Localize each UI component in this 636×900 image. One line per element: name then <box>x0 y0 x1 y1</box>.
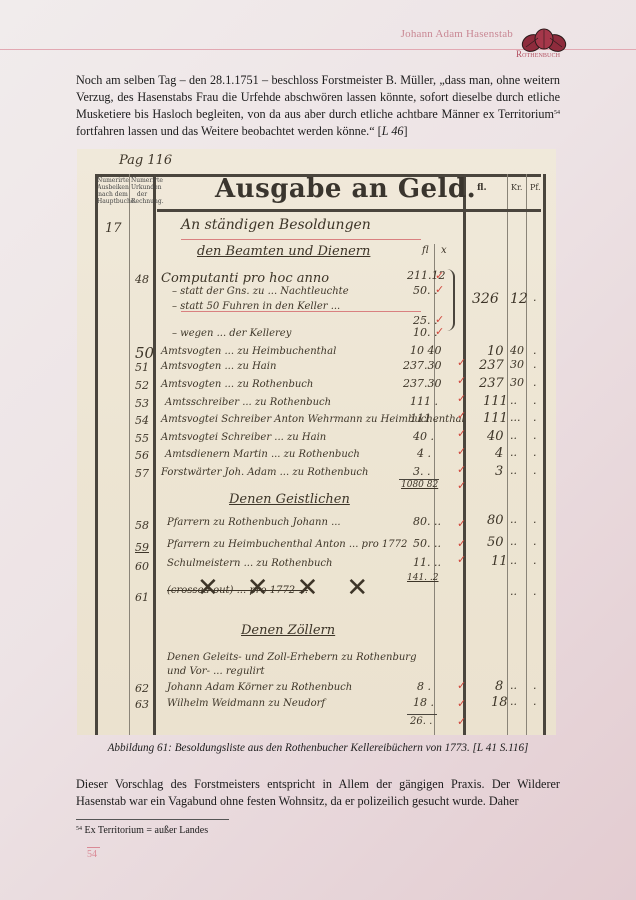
row-text: Amtsschreiber ... zu Rothenbuch <box>165 397 331 408</box>
row-total-pf: . <box>533 535 537 548</box>
page-number-rule <box>87 847 100 848</box>
row-amount: 3. . <box>413 465 431 478</box>
check-mark-icon: ✓ <box>457 715 466 728</box>
paragraph-text: Noch am selben Tag – den 28.1.1751 – bes… <box>76 73 560 121</box>
row-amount: 8 . <box>417 680 431 693</box>
row-total-pf: . <box>533 429 537 442</box>
citation: L 46 <box>382 124 404 138</box>
row-amount: 141. .2 <box>407 573 439 583</box>
check-mark-icon: ✓ <box>457 679 466 692</box>
manuscript-page-label: Pag 116 <box>119 153 172 168</box>
row-total-pf: . <box>533 376 537 389</box>
footnote-number: 54 <box>76 826 82 832</box>
row-total-pf: . <box>533 554 537 567</box>
running-header-title: Johann Adam Hasenstab <box>401 28 513 40</box>
subtotal: 1080 82 <box>401 480 438 490</box>
check-mark-icon: ✓ <box>457 479 466 492</box>
column-pf: Pf. <box>530 183 541 192</box>
row-number: 52 <box>135 379 149 392</box>
ledger-right-rule <box>543 174 546 735</box>
row-total-fl: 111 <box>483 411 508 426</box>
row-amount: 237.30 <box>403 377 442 390</box>
row-text: Johann Adam Körner zu Rothenbuch <box>167 682 352 693</box>
check-mark-icon: ✓ <box>457 697 466 710</box>
row-text: – statt der Gns. zu ... Nachtleuchte <box>172 286 349 297</box>
section-heading: Denen Zöllern <box>241 623 335 638</box>
row-text: Wilhelm Weidmann zu Neudorf <box>167 698 325 709</box>
subcol-fl: fl <box>422 245 429 256</box>
row-total-pf: . <box>533 394 537 407</box>
row-total-pf: . <box>533 291 537 304</box>
row-total-fl: 8 <box>495 679 503 694</box>
row-text: Amtsvogten ... zu Rothenbuch <box>161 379 313 390</box>
row-text: – wegen ... der Kellerey <box>172 328 291 339</box>
column-head-1: Numerirte Ausbeiken nach dem Hauptbuche. <box>97 177 129 205</box>
row-total-fl: 3 <box>495 464 503 479</box>
section-note: Denen Geleits- und Zoll-Erhebern zu Roth… <box>167 651 427 679</box>
row-total-pf: . <box>533 358 537 371</box>
row-total-kr: .. <box>510 695 517 708</box>
ledger-col-rule <box>129 174 130 735</box>
section-heading: An ständigen Besoldungen <box>181 217 371 233</box>
row-amount: 50. . <box>413 284 438 297</box>
check-mark-icon: ✓ <box>457 427 466 440</box>
row-number: 58 <box>135 519 149 532</box>
check-mark-icon: ✓ <box>457 445 466 458</box>
figure-caption: Abbildung 61: Besoldungsliste aus den Ro… <box>76 742 560 754</box>
footnote-rule <box>76 819 229 820</box>
row-text: Forstwärter Joh. Adam ... zu Rothenbuch <box>161 467 368 478</box>
row-total-pf: . <box>533 464 537 477</box>
check-mark-icon: ✓ <box>435 283 444 296</box>
subsection-heading: den Beamten und Dienern <box>197 244 370 259</box>
ledger-header-rule <box>157 209 541 212</box>
body-paragraph-2: Dieser Vorschlag des Forstmeisters entsp… <box>76 776 560 809</box>
check-mark-icon: ✓ <box>457 517 466 530</box>
check-mark-icon: ✓ <box>457 553 466 566</box>
check-mark-icon: ✓ <box>457 392 466 405</box>
row-amount: 80. .. <box>413 515 441 528</box>
brace <box>447 269 455 331</box>
row-number: 53 <box>135 397 149 410</box>
row-number: 57 <box>135 467 149 480</box>
column-head-2: Numerirte Urkunden der Rechnung. <box>131 177 153 205</box>
row-text: Pfarrern zu Heimbuchenthal Anton ... pro… <box>167 539 407 550</box>
footnote: 54 Ex Territorium = außer Landes <box>76 825 208 836</box>
red-underline <box>181 239 421 240</box>
paragraph-text-end: fortfahren lassen und das Weitere beobac… <box>76 124 382 138</box>
row-number: 51 <box>135 361 149 374</box>
row-text: Pfarrern zu Rothenbuch Johann ... <box>167 517 341 528</box>
row-amount: 237.30 <box>403 359 442 372</box>
row-total-pf: . <box>533 446 537 459</box>
row-amount: 18 . <box>413 696 434 709</box>
row-total-kr: 30 <box>510 358 524 371</box>
column-kr: Kr. <box>511 183 522 192</box>
row-amount: 40 . <box>413 430 434 443</box>
check-mark-icon: ✓ <box>457 374 466 387</box>
row-total-fl: 18 <box>491 695 508 710</box>
row-number: 56 <box>135 449 149 462</box>
ledger-left-rule <box>95 174 98 735</box>
check-mark-icon: ✓ <box>457 409 466 422</box>
row-total-pf: . <box>533 411 537 424</box>
page-number: 54 <box>87 849 97 860</box>
subtotal: 26. . <box>410 716 432 727</box>
row-amount: 10 40 <box>410 344 442 357</box>
row-number: 55 <box>135 432 149 445</box>
row-text: Amtsvogten ... zu Hain <box>161 361 276 372</box>
row-total-kr: .. <box>510 585 517 598</box>
section-heading: Denen Geistlichen <box>229 492 350 507</box>
citation-close: ] <box>404 124 408 138</box>
row-total-kr: 30 <box>510 376 524 389</box>
ledger-col-rule <box>526 174 527 735</box>
row-number: 61 <box>135 591 149 604</box>
row-total-pf: . <box>533 695 537 708</box>
column-fl: fl. <box>477 183 487 193</box>
row-amount: 111 . <box>410 412 438 425</box>
row-total-fl: 10 <box>487 344 504 359</box>
row-number: 50 <box>135 344 154 362</box>
row-amount: 10. . <box>413 326 438 339</box>
check-mark-icon: ✓ <box>457 463 466 476</box>
row-total-fl: 4 <box>495 446 503 461</box>
row-number: 59 <box>135 541 149 554</box>
row-number: 62 <box>135 682 149 695</box>
row-total-kr: .. <box>510 513 517 526</box>
row-total-kr: 40 <box>510 344 524 357</box>
row-total-kr: .. <box>510 554 517 567</box>
row-amount: 11. .. <box>413 556 441 569</box>
body-paragraph-1: Noch am selben Tag – den 28.1.1751 – bes… <box>76 72 560 139</box>
row-total-kr: 12 <box>510 291 528 307</box>
subcol-kr: x <box>441 245 447 256</box>
check-mark-icon: ✓ <box>457 356 466 369</box>
row-text: Schulmeistern ... zu Rothenbuch <box>167 558 332 569</box>
row-text: Amtsvogtei Schreiber ... zu Hain <box>161 432 326 443</box>
manuscript-photo: Pag 116 Numerirte Ausbeiken nach dem Hau… <box>77 149 556 735</box>
ledger-title: Ausgabe an Geld. <box>215 174 476 204</box>
first-col-number: 17 <box>105 221 122 236</box>
row-amount: 111 . <box>410 395 438 408</box>
row-number: 63 <box>135 698 149 711</box>
row-total-fl: 237 <box>479 358 504 373</box>
row-total-fl: 326 <box>472 291 499 307</box>
check-mark-icon: ✓ <box>435 269 444 282</box>
row-total-kr: .. <box>510 429 517 442</box>
row-total-fl: 11 <box>491 554 508 569</box>
row-total-pf: . <box>533 585 537 598</box>
row-amount: 4 . <box>417 447 431 460</box>
row-total-fl: 111 <box>483 394 508 409</box>
row-number: 54 <box>135 414 149 427</box>
row-text: Computanti pro hoc anno <box>161 271 329 286</box>
row-total-fl: 40 <box>487 429 504 444</box>
red-strikethrough <box>181 311 421 312</box>
row-total-fl: 50 <box>487 535 504 550</box>
subtotal-rule <box>407 714 437 715</box>
ledger-col-rule <box>507 174 508 735</box>
row-total-kr: .. <box>510 464 517 477</box>
footnote-ref[interactable]: 54 <box>554 110 560 116</box>
row-total-pf: . <box>533 344 537 357</box>
row-total-kr: .. <box>510 679 517 692</box>
logo-text: Rothenbuch <box>516 49 560 59</box>
row-total-pf: . <box>533 679 537 692</box>
row-total-pf: . <box>533 513 537 526</box>
footnote-text: Ex Territorium = außer Landes <box>85 825 209 836</box>
row-number: 48 <box>135 273 149 286</box>
row-total-kr: .. <box>510 446 517 459</box>
row-total-kr: .. <box>510 394 517 407</box>
cross-out-marks: ✕✕✕✕ <box>197 573 396 603</box>
row-total-kr: .. <box>510 535 517 548</box>
row-text: Amtsdienern Martin ... zu Rothenbuch <box>165 449 360 460</box>
row-total-fl: 237 <box>479 376 504 391</box>
row-total-kr: ... <box>510 411 521 424</box>
row-number: 60 <box>135 560 149 573</box>
ledger-col-rule <box>153 174 156 735</box>
check-mark-icon: ✓ <box>435 325 444 338</box>
row-amount: 50. .. <box>413 537 441 550</box>
row-total-fl: 80 <box>487 513 504 528</box>
check-mark-icon: ✓ <box>457 537 466 550</box>
row-text: Amtsvogten ... zu Heimbuchenthal <box>161 346 336 357</box>
